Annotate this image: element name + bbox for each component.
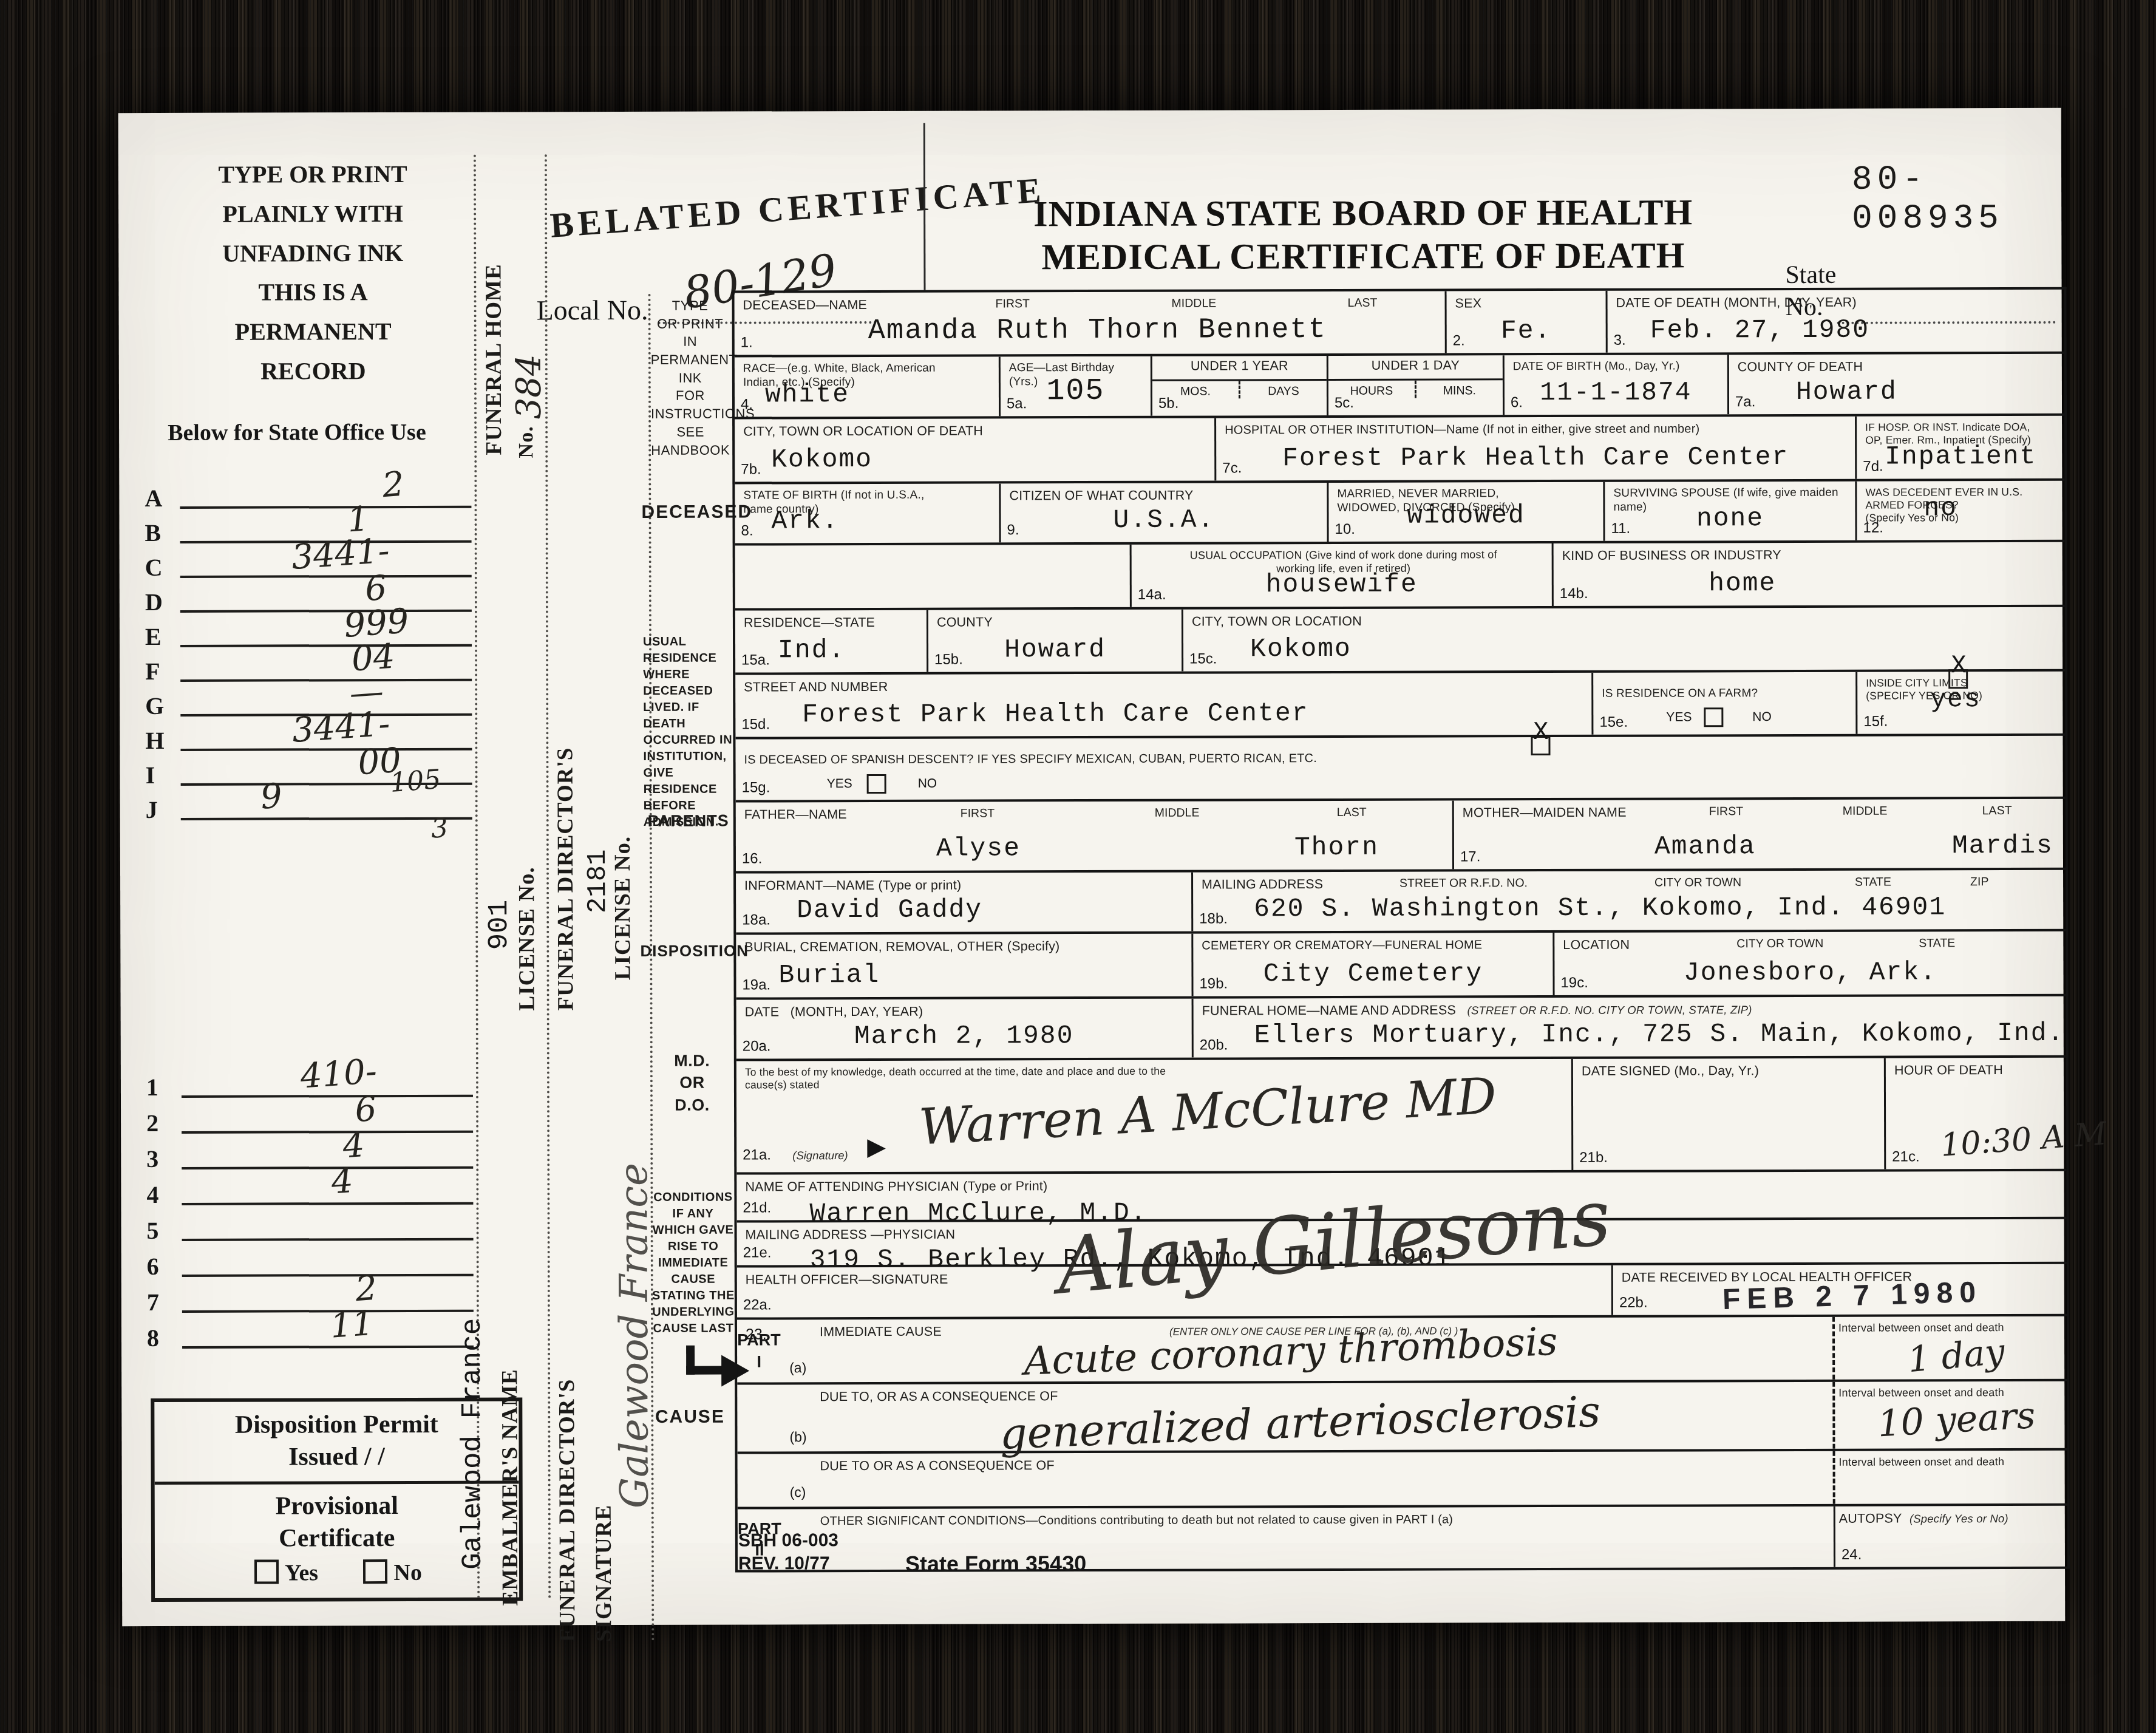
subheader-city: CITY OR TOWN (1654, 876, 1741, 890)
business-value: home (1420, 568, 2065, 599)
line-label: E (145, 622, 162, 651)
hospital-status-value: Inpatient (1857, 441, 2064, 472)
field-label: CITY, TOWN OR LOCATION OF DEATH (743, 423, 983, 438)
cause-a-value: Acute coronary thrombosis (1023, 1319, 1559, 1384)
part-roman: I (757, 1351, 761, 1372)
office-line-5: 5 (182, 1203, 473, 1241)
cause-b-letter: (b) (789, 1429, 806, 1445)
state-certificate-number: 80-008935 (1852, 160, 2061, 238)
race-value: white (765, 379, 999, 409)
office-line-3: 34 (182, 1131, 473, 1170)
field-date-of-death: DATE OF DEATH (MONTH, DAY, YEAR) 3. Feb.… (1606, 290, 2064, 353)
line-label: D (145, 588, 163, 616)
line-value: 2 (354, 1268, 378, 1309)
father-last-value: Thorn (1294, 832, 1452, 862)
subheader-first: FIRST (1709, 805, 1743, 819)
field-label: SEX (1455, 296, 1482, 310)
field-label: HOSPITAL OR OTHER INSTITUTION—Name (If n… (1225, 422, 1699, 437)
type-or-print-instructions: TYPE OR PRINT PLAINLY WITH UNFADING INK … (155, 155, 471, 392)
line-label: H (145, 726, 164, 755)
due-to-label: DUE TO, OR AS A CONSEQUENCE OF (820, 1389, 1058, 1404)
field-cemetery-location: LOCATION CITY OR TOWN STATE 19c. Jonesbo… (1552, 931, 2066, 995)
field-under-1-year: UNDER 1 YEAR MOS. DAYS 5b. (1151, 356, 1327, 416)
other-conditions-label: OTHER SIGNIFICANT CONDITIONS—Conditions … (820, 1513, 1453, 1528)
field-under-1-day: UNDER 1 DAY HOURS MINS. 5c. (1327, 355, 1503, 415)
field-burial-type: BURIAL, CREMATION, REMOVAL, OTHER (Speci… (736, 934, 1191, 998)
date-of-death-value: Feb. 27, 1980 (1650, 315, 2064, 346)
office-line-2: 26 (182, 1095, 473, 1134)
street-and-number-value: Forest Park Health Care Center (802, 698, 1591, 729)
line-label: 7 (147, 1288, 159, 1316)
subheader-last: LAST (1982, 804, 2012, 818)
field-citizen: CITIZEN OF WHAT COUNTRY 9. U.S.A. (999, 483, 1327, 542)
embalmer-name-label: EMBALMER'S NAME (496, 1059, 523, 1605)
header-divider-line (923, 123, 926, 290)
no-label: No (393, 1560, 422, 1585)
margin-usual-residence-label: USUAL RESIDENCE WHERE DECEASED LIVED. IF… (643, 634, 735, 831)
interval-a-value: 1 day (1906, 1330, 2006, 1380)
field-age: AGE—Last Birthday (Yrs.) 5a. 105 (999, 356, 1151, 417)
field-number: 21e. (743, 1244, 772, 1261)
part-one-spacer (738, 1454, 781, 1507)
office-line-4: 44 (182, 1167, 473, 1205)
cause-number: 23. (746, 1326, 767, 1343)
field-number: 12. (1863, 520, 1883, 537)
field-cause-c: DUE TO OR AS A CONSEQUENCE OF (c) (781, 1451, 1833, 1507)
due-to-label: DUE TO OR AS A CONSEQUENCE OF (820, 1458, 1055, 1473)
form-row-1: DECEASED—NAME FIRST MIDDLE LAST 1. Amand… (735, 290, 2064, 358)
field-date-of-birth: DATE OF BIRTH (Mo., Day, Yr.) 6. 11-1-18… (1503, 355, 1727, 415)
cemetery-location-value: Jonesboro, Ark. (1554, 957, 2066, 988)
field-number: 24. (1841, 1547, 1862, 1564)
field-label: COUNTY OF DEATH (1738, 359, 1863, 375)
line-value: 4 (342, 1125, 366, 1166)
field-number: 15d. (741, 716, 770, 733)
line-label: 3 (146, 1145, 158, 1173)
yes-label: Yes (285, 1560, 318, 1585)
office-line-1: 1410- (182, 1060, 473, 1098)
field-cause-b: DUE TO, OR AS A CONSEQUENCE OF (b) gener… (781, 1382, 1832, 1452)
funeral-home-label: FUNERAL HOME—NAME AND ADDRESS (1202, 1003, 1456, 1018)
field-number: 1. (741, 334, 753, 351)
field-sex: SEX 2. Fe. (1445, 291, 1606, 353)
residence-state-value: Ind. (778, 635, 927, 666)
field-immediate-cause-a: 23. IMMEDIATE CAUSE (ENTER ONLY ONE CAUS… (781, 1317, 1832, 1383)
field-number: 15g. (742, 779, 770, 796)
field-number: 7a. (1735, 393, 1755, 410)
field-label: UNDER 1 YEAR (1152, 358, 1327, 375)
subheader-first: FIRST (996, 297, 1030, 311)
line-label: 8 (147, 1324, 159, 1352)
field-label: KIND OF BUSINESS OR INDUSTRY (1562, 548, 1781, 563)
form-row-17: PART I 23. IMMEDIATE CAUSE (ENTER ONLY O… (737, 1316, 2067, 1385)
field-residence-county: COUNTY 15b. Howard (927, 610, 1182, 672)
field-business-industry: KIND OF BUSINESS OR INDUSTRY 14b. home (1552, 542, 2065, 606)
field-label: CEMETERY OR CREMATORY—FUNERAL HOME (1202, 938, 1482, 952)
field-hospital: HOSPITAL OR OTHER INSTITUTION—Name (If n… (1214, 417, 1855, 481)
deceased-name-value: Amanda Ruth Thorn Bennett (868, 313, 1445, 347)
form-code: SBH 06-003 REV. 10/77 (738, 1529, 838, 1575)
field-number: 5b. (1158, 395, 1178, 412)
field-label: DATE SIGNED (Mo., Day, Yr.) (1582, 1063, 1759, 1078)
funeral-home-label: FUNERAL HOME (480, 170, 507, 455)
field-inside-city-limits: INSIDE CITY LIMITS (SPECIFY YES OR NO) 1… (1855, 672, 2065, 734)
field-number: 19a. (742, 976, 770, 993)
office-line-F: F04 (180, 644, 472, 682)
license-no-label: LICENSE No. (514, 755, 540, 1010)
field-deceased-name: DECEASED—NAME FIRST MIDDLE LAST 1. Amand… (735, 291, 1445, 355)
field-spanish-descent: IS DECEASED OF SPANISH DESCENT? IF YES S… (735, 736, 2065, 800)
field-street-and-number: STREET AND NUMBER 15d. Forest Park Healt… (735, 673, 1591, 737)
form-row-6: RESIDENCE—STATE 15a. Ind. COUNTY 15b. Ho… (735, 607, 2065, 675)
cemetery-value: City Cemetery (1193, 958, 1552, 989)
subheader-street: STREET OR R.F.D. NO. (1399, 876, 1528, 891)
title-line-2: MEDICAL CERTIFICATE OF DEATH (956, 234, 1770, 279)
subheader-middle: MIDDLE (1155, 806, 1200, 820)
informant-address-value: 620 S. Washington St., Kokomo, Ind. 4690… (1254, 892, 2066, 924)
line-label: G (145, 692, 164, 720)
field-hour-of-death: HOUR OF DEATH 21c. 10:30 A M (1884, 1058, 2066, 1170)
death-certificate-sheet: BELATED CERTIFICATE Local No. 80-129 IND… (118, 108, 2066, 1626)
spanish-yes-label: YES (827, 777, 852, 791)
office-line-E: E999 (180, 609, 472, 647)
embalmer-name-value: Galewood France (456, 1035, 489, 1570)
spanish-no-x-mark: X (1533, 718, 1548, 747)
director-license-no-label: LICENSE No. (609, 725, 636, 980)
days-subheader: DAYS (1239, 381, 1327, 398)
farm-yes-checkbox (1704, 707, 1723, 727)
field-funeral-home: FUNERAL HOME—NAME AND ADDRESS (STREET OR… (1192, 996, 2066, 1058)
line-value: 11 (329, 1304, 375, 1346)
field-number: 18b. (1199, 910, 1228, 927)
subheader-state: STATE (1855, 876, 1891, 890)
field-number: 18a. (742, 911, 770, 928)
title-line-1: INDIANA STATE BOARD OF HEALTH (956, 191, 1770, 236)
form-row-12: DATE (MONTH, DAY, YEAR) 20a. March 2, 19… (736, 996, 2066, 1061)
office-line-C: C3441- (180, 540, 472, 578)
field-number: 21c. (1892, 1148, 1919, 1165)
field-autopsy: AUTOPSY (Specify Yes or No) 24. (1834, 1506, 2067, 1567)
residence-city-value: Kokomo (1250, 632, 2065, 664)
line-label: 5 (147, 1216, 159, 1245)
line-label: I (146, 761, 155, 789)
funeral-director-signature-owner-label: FUNERAL DIRECTOR'S (554, 1265, 581, 1642)
age-value: 105 (1001, 374, 1151, 409)
field-mother-name: MOTHER—MAIDEN NAME FIRST MIDDLE LAST 17.… (1452, 799, 2066, 870)
director-license-no-value: 2181 (583, 768, 614, 913)
field-number: 8. (741, 522, 753, 539)
spanish-no-label: NO (918, 777, 937, 791)
field-label: DATE OF BIRTH (Mo., Day, Yr.) (1513, 359, 1680, 373)
subheader-middle: MIDDLE (1843, 805, 1888, 819)
line-value-sub: 3 (430, 812, 450, 845)
signature-arrow-icon: ▶ (867, 1133, 886, 1161)
line-value: 9 (259, 776, 284, 817)
field-cemetery: CEMETERY OR CREMATORY—FUNERAL HOME 19b. … (1191, 933, 1552, 996)
field-number: 20b. (1200, 1037, 1228, 1054)
line-label: 1 (146, 1073, 158, 1101)
armed-forces-value: no (1923, 493, 2064, 523)
field-informant-mailing-address: MAILING ADDRESS STREET OR R.F.D. NO. CIT… (1191, 870, 2066, 931)
cause-a-letter: (a) (789, 1360, 806, 1376)
field-number: 15e. (1599, 714, 1628, 731)
line-label: 6 (147, 1252, 159, 1281)
field-state-of-birth: STATE OF BIRTH (If not in U.S.A., name c… (735, 483, 999, 543)
line-label: 2 (146, 1109, 158, 1137)
office-line-7: 72 (182, 1275, 474, 1313)
interval-c-cell: Interval between onset and death (1833, 1451, 2067, 1504)
office-line-8: 811 (182, 1310, 474, 1349)
field-label: RESIDENCE—STATE (744, 615, 875, 630)
field-number: 7b. (741, 461, 761, 478)
line-value: 6 (353, 1089, 378, 1130)
state-office-subtitle: Below for State Office Use (168, 419, 426, 446)
margin-md-do-label: M.D. OR D.O. (653, 1050, 732, 1117)
field-label: BURIAL, CREMATION, REMOVAL, OTHER (Speci… (744, 939, 1059, 954)
field-label: MAILING ADDRESS (1202, 877, 1323, 892)
office-line-D: D6 (180, 574, 472, 613)
field-hospital-status: IF HOSP. OR INST. Indicate DOA, OP, Emer… (1855, 416, 2064, 479)
form-row-9: FATHER—NAME FIRST MIDDLE LAST 16. Alyse … (736, 799, 2066, 874)
field-number: 3. (1614, 332, 1626, 349)
autopsy-label: AUTOPSY (1839, 1511, 1902, 1526)
field-label: STREET AND NUMBER (744, 679, 888, 695)
funeral-director-label: FUNERAL DIRECTOR'S (552, 634, 579, 1010)
line-label: B (145, 519, 161, 547)
state-label: State (1785, 259, 1836, 291)
margin-conditions-label: CONDITIONS IF ANY WHICH GAVE RISE TO IMM… (650, 1190, 736, 1337)
office-line-A: A2 (180, 471, 471, 509)
form-row-13: To the best of my knowledge, death occur… (736, 1058, 2066, 1175)
line-label: A (145, 484, 162, 512)
form-code-line1: SBH 06-003 (738, 1529, 838, 1552)
immediate-cause-label: IMMEDIATE CAUSE (820, 1324, 942, 1340)
certificate-title: INDIANA STATE BOARD OF HEALTH MEDICAL CE… (956, 191, 1770, 279)
funeral-home-sub-label: (STREET OR R.F.D. NO. CITY OR TOWN, STAT… (1467, 1003, 1752, 1016)
line-value-sup: 105 (389, 764, 442, 798)
date-received-stamp: FEB 2 7 1980 (1722, 1276, 1983, 1316)
margin-print-note: TYPE OR PRINT IN PERMANENT INK FOR INSTR… (651, 297, 730, 460)
margin-parents-label: PARENTS (646, 810, 731, 832)
field-label: DECEASED—NAME (743, 298, 868, 313)
office-line-H: H3441- (180, 713, 472, 751)
signature-label: (Signature) (792, 1149, 848, 1162)
city-of-death-value: Kokomo (771, 443, 1214, 474)
field-race: RACE—(e.g. White, Black, American Indian… (735, 356, 999, 417)
field-informant: INFORMANT—NAME (Type or print) 18a. Davi… (736, 873, 1191, 933)
form-row-10: INFORMANT—NAME (Type or print) 18a. Davi… (736, 870, 2066, 935)
date-of-birth-value: 11-1-1874 (1505, 377, 1727, 407)
field-father-name: FATHER—NAME FIRST MIDDLE LAST 16. Alyse … (736, 800, 1452, 871)
field-label: NAME OF ATTENDING PHYSICIAN (Type or Pri… (745, 1179, 1047, 1194)
interval-b-value: 10 years (1877, 1394, 2037, 1445)
county-of-death-value: Howard (1796, 376, 2064, 407)
date-label: DATE (745, 1004, 780, 1019)
form-row-5: USUAL OCCUPATION (Give kind of work done… (735, 542, 2065, 611)
cause-c-letter: (c) (790, 1484, 806, 1500)
field-label: LOCATION (1563, 938, 1630, 952)
field-armed-forces: WAS DECEDENT EVER IN U.S. ARMED FORCES? … (1855, 481, 2064, 540)
license-no-value: 901 (483, 804, 515, 950)
residence-county-value: Howard (928, 635, 1182, 665)
field-label: INFORMANT—NAME (Type or print) (744, 878, 961, 893)
subheader-last: LAST (1337, 806, 1367, 820)
form-row-4: STATE OF BIRTH (If not in U.S.A., name c… (735, 481, 2064, 546)
field-label: HOUR OF DEATH (1894, 1063, 2003, 1077)
field-label: DATE OF DEATH (MONTH, DAY, YEAR) (1616, 295, 1857, 310)
date-format-label: (MONTH, DAY, YEAR) (791, 1004, 923, 1020)
field-date-signed: DATE SIGNED (Mo., Day, Yr.) 21b. (1571, 1058, 1884, 1170)
form-row-8: IS DECEASED OF SPANISH DESCENT? IF YES S… (735, 736, 2065, 803)
sex-value: Fe. (1447, 316, 1606, 346)
interval-label: Interval between onset and death (1839, 1456, 2005, 1468)
field-number: 15f. (1863, 713, 1888, 730)
field-number: 5c. (1335, 395, 1354, 412)
form-row-11: BURIAL, CREMATION, REMOVAL, OTHER (Speci… (736, 931, 2066, 1000)
form-row-2: RACE—(e.g. White, Black, American Indian… (735, 354, 2064, 420)
field-label: MOTHER—MAIDEN NAME (1463, 805, 1627, 820)
part-one-spacer (737, 1384, 781, 1451)
field-label: IS RESIDENCE ON A FARM? (1602, 687, 1758, 700)
field-label: IS DECEASED OF SPANISH DESCENT? IF YES S… (744, 752, 1317, 766)
field-number: 15c. (1189, 650, 1217, 667)
spanish-yes-checkbox (867, 774, 886, 794)
local-no-label: Local No. (537, 294, 648, 326)
burial-date-value: March 2, 1980 (736, 1021, 1192, 1052)
state-form-number: State Form 35430 (905, 1551, 1086, 1577)
field-marital-status: MARRIED, NEVER MARRIED, WIDOWED, DIVORCE… (1327, 482, 1603, 542)
subheader-last: LAST (1348, 296, 1378, 310)
office-line-6: 6 (182, 1239, 474, 1277)
field-number: 15a. (741, 652, 770, 669)
field-certification-signature: To the best of my knowledge, death occur… (736, 1059, 1571, 1173)
field-label: UNDER 1 DAY (1328, 358, 1503, 374)
field-number: 17. (1460, 848, 1480, 865)
field-number: 21b. (1579, 1149, 1608, 1166)
field-label: MAILING ADDRESS —PHYSICIAN (746, 1227, 956, 1242)
margin-cause-label: CAUSE (647, 1405, 732, 1430)
citizen-value: U.S.A. (1001, 505, 1327, 535)
subheader-city: CITY OR TOWN (1736, 937, 1823, 951)
field-label: CITIZEN OF WHAT COUNTRY (1009, 488, 1193, 503)
form-row-3: CITY, TOWN OR LOCATION OF DEATH 7b. Koko… (735, 416, 2064, 485)
spacer-cell (735, 545, 1130, 608)
subheader-state: STATE (1919, 936, 1955, 950)
funeral-home-value: Ellers Mortuary, Inc., 725 S. Main, Koko… (1254, 1018, 2066, 1050)
hour-of-death-value: 10:30 A M (1939, 1115, 2107, 1164)
provisional-no-checkbox (363, 1559, 387, 1584)
field-number: 16. (742, 850, 762, 867)
marital-status-value: widowed (1328, 500, 1603, 531)
spanish-no-checkbox: X (1531, 736, 1550, 755)
subheader-first: FIRST (961, 806, 995, 820)
state-of-birth-value: Ark. (771, 505, 999, 536)
field-number: 22a. (743, 1296, 772, 1313)
subheader-zip: ZIP (1970, 875, 1988, 889)
subheader-middle: MIDDLE (1172, 296, 1217, 310)
field-surviving-spouse: SURVIVING SPOUSE (If wife, give maiden n… (1603, 482, 1855, 541)
funeral-home-no-value: 384 (509, 354, 549, 419)
cause-arrow-bar (686, 1366, 724, 1375)
margin-disposition-label: DISPOSITION (640, 941, 737, 962)
under-1-day-subcolumns: HOURS MINS. (1328, 378, 1503, 398)
mins-subheader: MINS. (1415, 380, 1503, 398)
field-label: CITY, TOWN OR LOCATION (1192, 614, 1362, 629)
field-burial-date: DATE (MONTH, DAY, YEAR) 20a. March 2, 19… (736, 999, 1192, 1059)
field-county-of-death: COUNTY OF DEATH 7a. Howard (1727, 354, 2064, 414)
surviving-spouse-value: none (1605, 503, 1855, 534)
line-label: F (145, 657, 160, 686)
field-number: 21d. (743, 1199, 771, 1216)
form-row-18: DUE TO, OR AS A CONSEQUENCE OF (b) gener… (737, 1381, 2067, 1454)
field-residence-on-farm: IS RESIDENCE ON A FARM? 15e. YES NO X (1591, 672, 1855, 735)
cause-b-value: generalized arteriosclerosis (999, 1387, 1601, 1459)
field-residence-city: CITY, TOWN OR LOCATION 15c. Kokomo (1182, 607, 2065, 672)
city-limits-value: yes (1930, 684, 2065, 715)
line-label: J (146, 795, 158, 824)
field-label: COUNTY (937, 615, 993, 629)
form-code-line2: REV. 10/77 (738, 1552, 838, 1575)
provisional-yes-checkbox (254, 1560, 279, 1584)
informant-value: David Gaddy (797, 894, 1191, 925)
line-label: C (145, 553, 163, 582)
field-number: 21a. (743, 1146, 771, 1163)
autopsy-note: (Specify Yes or No) (1909, 1512, 2008, 1525)
hospital-value: Forest Park Health Care Center (1216, 442, 1855, 474)
line-value: 2 (381, 465, 405, 505)
scanned-document-stage: BELATED CERTIFICATE Local No. 80-129 IND… (0, 0, 2156, 1733)
form-row-19: DUE TO OR AS A CONSEQUENCE OF (c) Interv… (738, 1451, 2067, 1510)
field-label: FATHER—NAME (744, 807, 847, 822)
certificate-form: DECEASED—NAME FIRST MIDDLE LAST 1. Amand… (732, 287, 2070, 1573)
field-number: 22b. (1619, 1295, 1648, 1312)
field-city-of-death: CITY, TOWN OR LOCATION OF DEATH 7b. Koko… (735, 418, 1214, 482)
farm-no-label: NO (1752, 710, 1772, 724)
form-row-7: STREET AND NUMBER 15d. Forest Park Healt… (735, 672, 2065, 740)
farm-yes-label: YES (1666, 710, 1692, 724)
interval-b-cell: Interval between onset and death 10 year… (1832, 1381, 2067, 1449)
interval-a-cell: Interval between onset and death 1 day (1832, 1316, 2067, 1380)
burial-type-value: Burial (778, 959, 1191, 990)
margin-deceased-label: DECEASED (641, 500, 732, 525)
line-value: 4 (330, 1161, 355, 1202)
field-number: 4. (741, 396, 753, 413)
line-label: 4 (146, 1180, 158, 1209)
office-line-J: J 9 105 3 (181, 782, 472, 820)
mother-last-value: Mardis (1952, 831, 2066, 860)
field-residence-state: RESIDENCE—STATE 15a. Ind. (735, 610, 927, 673)
